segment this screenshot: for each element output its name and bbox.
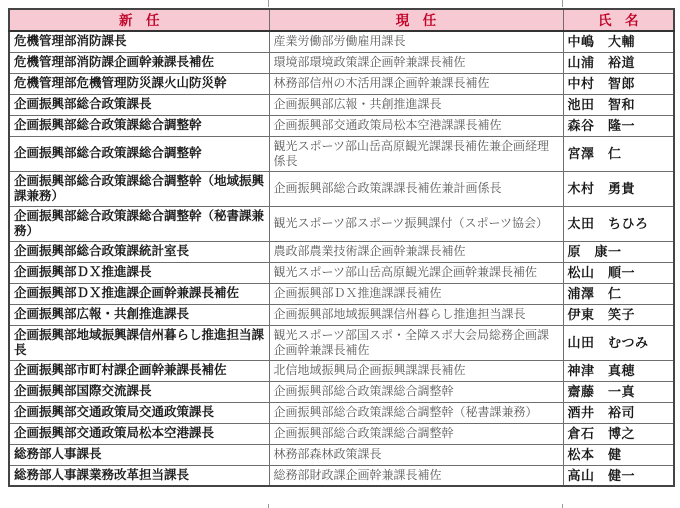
header-current-post: 現 任 — [269, 9, 563, 31]
column-border-tick — [562, 0, 563, 7]
new-post-cell: 危機管理部消防課企画幹兼課長補佐 — [9, 52, 269, 73]
name-cell: 神津 真穂 — [563, 360, 674, 381]
table-row: 危機管理部消防課長 産業労働部労働雇用課長 中嶋 大輔 — [9, 31, 674, 52]
table-row: 企画振興部広報・共創推進課長 企画振興部地域振興課信州暮らし推進担当課長 伊東 … — [9, 304, 674, 325]
new-post-cell: 企画振興部総合政策課総合調整幹（秘書課兼務） — [9, 206, 269, 241]
column-border-tick — [268, 0, 269, 7]
new-post-cell: 企画振興部国際交流課長 — [9, 381, 269, 402]
name-cell: 原 康一 — [563, 241, 674, 262]
table-row: 総務部人事課業務改革担当課長 総務部財政課企画幹兼課長補佐 高山 健一 — [9, 465, 674, 486]
new-post-cell: 企画振興部総合政策課総合調整幹（地域振興課兼務） — [9, 171, 269, 206]
name-cell: 山田 むつみ — [563, 325, 674, 360]
name-cell: 酒井 裕司 — [563, 402, 674, 423]
table-row: 危機管理部危機管理防災課火山防災幹 林務部信州の木活用課企画幹兼課長補佐 中村 … — [9, 73, 674, 94]
table-row: 企画振興部交通政策局松本空港課長 企画振興部総合政策課総合調整幹 倉石 博之 — [9, 423, 674, 444]
current-post-cell: 総務部財政課企画幹兼課長補佐 — [269, 465, 563, 486]
header-new-post: 新 任 — [9, 9, 269, 31]
current-post-cell: 企画振興部広報・共創推進課長 — [269, 94, 563, 115]
name-cell: 森谷 隆一 — [563, 115, 674, 136]
table-row: 企画振興部地域振興課信州暮らし推進担当課長 観光スポーツ部国スポ・全障スポ大会局… — [9, 325, 674, 360]
new-post-cell: 企画振興部総合政策課長 — [9, 94, 269, 115]
new-post-cell: 企画振興部ＤＸ推進課長 — [9, 262, 269, 283]
column-border-tick — [562, 504, 563, 508]
personnel-transfer-table: 新 任 現 任 氏 名 危機管理部消防課長 産業労働部労働雇用課長 中嶋 大輔 … — [8, 8, 675, 487]
current-post-cell: 観光スポーツ部山岳高原観光課課長補佐兼企画経理係長 — [269, 136, 563, 171]
name-cell: 山浦 裕道 — [563, 52, 674, 73]
name-cell: 高山 健一 — [563, 465, 674, 486]
table-row: 企画振興部総合政策課長 企画振興部広報・共創推進課長 池田 智和 — [9, 94, 674, 115]
name-cell: 池田 智和 — [563, 94, 674, 115]
new-post-cell: 企画振興部ＤＸ推進課企画幹兼課長補佐 — [9, 283, 269, 304]
new-post-cell: 企画振興部総合政策課総合調整幹 — [9, 136, 269, 171]
current-post-cell: 北信地域振興局企画振興課課長補佐 — [269, 360, 563, 381]
name-cell: 齋藤 一真 — [563, 381, 674, 402]
new-post-cell: 企画振興部交通政策局交通政策課長 — [9, 402, 269, 423]
table-row: 企画振興部国際交流課長 企画振興部総合政策課総合調整幹 齋藤 一真 — [9, 381, 674, 402]
current-post-cell: 観光スポーツ部国スポ・全障スポ大会局総務企画課企画幹兼課長補佐 — [269, 325, 563, 360]
new-post-cell: 企画振興部総合政策課総合調整幹 — [9, 115, 269, 136]
new-post-cell: 企画振興部交通政策局松本空港課長 — [9, 423, 269, 444]
current-post-cell: 企画振興部総合政策課課長補佐兼計画係長 — [269, 171, 563, 206]
new-post-cell: 危機管理部危機管理防災課火山防災幹 — [9, 73, 269, 94]
header-row: 新 任 現 任 氏 名 — [9, 9, 674, 31]
table-row: 企画振興部ＤＸ推進課企画幹兼課長補佐 企画振興部ＤＸ推進課課長補佐 浦澤 仁 — [9, 283, 674, 304]
new-post-cell: 総務部人事課業務改革担当課長 — [9, 465, 269, 486]
new-post-cell: 企画振興部地域振興課信州暮らし推進担当課長 — [9, 325, 269, 360]
table-row: 企画振興部総合政策課総合調整幹（秘書課兼務） 観光スポーツ部スポーツ振興課付（ス… — [9, 206, 674, 241]
table-row: 危機管理部消防課企画幹兼課長補佐 環境部環境政策課企画幹兼課長補佐 山浦 裕道 — [9, 52, 674, 73]
header-name: 氏 名 — [563, 9, 674, 31]
table-row: 企画振興部交通政策局交通政策課長 企画振興部総合政策課総合調整幹（秘書課兼務） … — [9, 402, 674, 423]
table-row: 企画振興部総合政策課総合調整幹（地域振興課兼務） 企画振興部総合政策課課長補佐兼… — [9, 171, 674, 206]
current-post-cell: 観光スポーツ部スポーツ振興課付（スポーツ協会） — [269, 206, 563, 241]
new-post-cell: 危機管理部消防課長 — [9, 31, 269, 52]
table-row: 企画振興部市町村課企画幹兼課長補佐 北信地域振興局企画振興課課長補佐 神津 真穂 — [9, 360, 674, 381]
name-cell: 倉石 博之 — [563, 423, 674, 444]
name-cell: 木村 勇貴 — [563, 171, 674, 206]
current-post-cell: 企画振興部交通政策局松本空港課課長補佐 — [269, 115, 563, 136]
column-border-tick — [268, 504, 269, 508]
new-post-cell: 企画振興部広報・共創推進課長 — [9, 304, 269, 325]
name-cell: 松本 健 — [563, 444, 674, 465]
name-cell: 宮澤 仁 — [563, 136, 674, 171]
current-post-cell: 産業労働部労働雇用課長 — [269, 31, 563, 52]
table-row: 企画振興部総合政策課統計室長 農政部農業技術課企画幹兼課長補佐 原 康一 — [9, 241, 674, 262]
name-cell: 浦澤 仁 — [563, 283, 674, 304]
table-row: 総務部人事課長 林務部森林政策課長 松本 健 — [9, 444, 674, 465]
current-post-cell: 企画振興部ＤＸ推進課課長補佐 — [269, 283, 563, 304]
name-cell: 中村 智郎 — [563, 73, 674, 94]
new-post-cell: 総務部人事課長 — [9, 444, 269, 465]
name-cell: 中嶋 大輔 — [563, 31, 674, 52]
new-post-cell: 企画振興部市町村課企画幹兼課長補佐 — [9, 360, 269, 381]
name-cell: 松山 順一 — [563, 262, 674, 283]
personnel-transfer-page: 新 任 現 任 氏 名 危機管理部消防課長 産業労働部労働雇用課長 中嶋 大輔 … — [0, 0, 680, 508]
current-post-cell: 企画振興部総合政策課総合調整幹 — [269, 423, 563, 444]
current-post-cell: 企画振興部地域振興課信州暮らし推進担当課長 — [269, 304, 563, 325]
name-cell: 伊東 笑子 — [563, 304, 674, 325]
table-row: 企画振興部総合政策課総合調整幹 企画振興部交通政策局松本空港課課長補佐 森谷 隆… — [9, 115, 674, 136]
current-post-cell: 林務部森林政策課長 — [269, 444, 563, 465]
current-post-cell: 企画振興部総合政策課総合調整幹（秘書課兼務） — [269, 402, 563, 423]
current-post-cell: 農政部農業技術課企画幹兼課長補佐 — [269, 241, 563, 262]
current-post-cell: 環境部環境政策課企画幹兼課長補佐 — [269, 52, 563, 73]
table-row: 企画振興部総合政策課総合調整幹 観光スポーツ部山岳高原観光課課長補佐兼企画経理係… — [9, 136, 674, 171]
current-post-cell: 企画振興部総合政策課総合調整幹 — [269, 381, 563, 402]
table-row: 企画振興部ＤＸ推進課長 観光スポーツ部山岳高原観光課企画幹兼課長補佐 松山 順一 — [9, 262, 674, 283]
current-post-cell: 林務部信州の木活用課企画幹兼課長補佐 — [269, 73, 563, 94]
current-post-cell: 観光スポーツ部山岳高原観光課企画幹兼課長補佐 — [269, 262, 563, 283]
name-cell: 太田 ちひろ — [563, 206, 674, 241]
new-post-cell: 企画振興部総合政策課統計室長 — [9, 241, 269, 262]
